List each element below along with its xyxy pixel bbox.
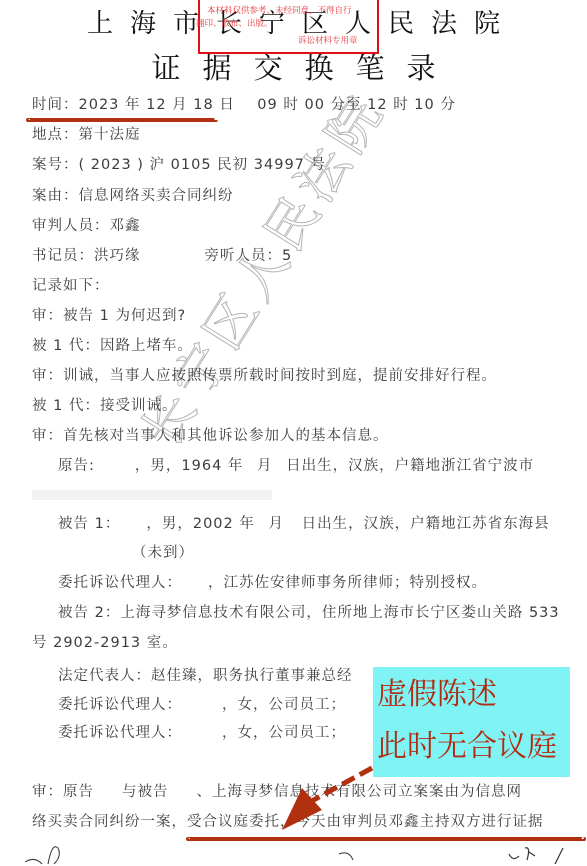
defendant1-text: 日出生，汉族，户籍地江苏省东海县 — [302, 516, 550, 532]
record-line: 审：被告 1 为何迟到? — [32, 306, 186, 326]
annotation-line2: 此时无合议庭 — [377, 729, 557, 765]
absent-note: （未到） — [132, 545, 194, 561]
defendant1-label: 被告 1： — [58, 516, 120, 532]
document-title: 证据交换笔录 — [0, 48, 587, 88]
redacted-name — [95, 456, 135, 476]
annotation-arrow-icon — [250, 760, 380, 840]
defendant1-text: ，男，2002 年 — [146, 516, 260, 532]
defendant2-line: 被告 2：上海寻梦信息技术有限公司，住所地上海市长宁区娄山关路 533 — [58, 603, 560, 623]
record-line: 被 1 代：接受训诫。 — [32, 396, 177, 416]
signature-right-icon — [505, 842, 575, 866]
clerk: 书记员：洪巧缘 — [32, 248, 141, 264]
record-heading: 记录如下： — [32, 276, 110, 296]
defendant1-cont: （未到） — [32, 543, 194, 563]
cause-line: 案由：信息网络买卖合同纠纷 — [32, 186, 234, 206]
time-range: 09 时 00 分至 12 时 10 分 — [257, 97, 456, 113]
redacted-month — [249, 456, 257, 476]
plaintiff-label: 原告: — [58, 458, 95, 474]
plaintiff-text: 月 — [257, 458, 278, 474]
plaintiff-text: 日出生，汉族，户籍地浙江省宁波市 — [286, 458, 534, 474]
time-label: 时间： — [32, 97, 79, 113]
judge-statement-text: 审：原告 — [32, 784, 94, 800]
annotation-line1: 虚假陈述 — [377, 677, 497, 713]
plaintiff-text: ，男，1964 年 — [135, 458, 249, 474]
redacted-day — [290, 514, 302, 534]
usage-stamp: 本材料仅供参考，未经同意，不得自行 翻印、散布、出版。 诉讼材料专用章 — [198, 0, 379, 54]
audience: 旁听人员：5 — [205, 248, 293, 264]
judge-statement-text: 与被告 — [122, 784, 169, 800]
location-line: 地点：第十法庭 — [32, 125, 141, 145]
redacted-name — [182, 695, 222, 715]
agent-text: ，女，公司员工； — [222, 697, 346, 713]
signature-left-icon — [20, 842, 70, 866]
record-line: 审：训诫，当事人应按照传票所载时间按时到庭，提前安排好行程。 — [32, 366, 497, 386]
legal-rep-line: 法定代表人：赵佳臻，职务执行董事兼总经 — [58, 666, 353, 686]
agent3-line: 委托诉讼代理人： ，女，公司员工； — [58, 723, 346, 743]
judge-line: 审判人员：邓鑫 — [32, 216, 141, 236]
agent-label: 委托诉讼代理人： — [58, 725, 182, 741]
stamp-notice-line2: 翻印、散布、出版。 — [196, 19, 273, 29]
agent-label: 委托诉讼代理人： — [58, 575, 182, 591]
redacted-address — [32, 543, 132, 563]
redacted-day — [278, 456, 286, 476]
agent-text: ，江苏佐安律师事务所律师；特别授权。 — [208, 575, 487, 591]
defendant2-cont: 号 2902-2913 室。 — [32, 633, 178, 653]
time-line: 时间：2023 年 12 月 18 日 09 时 00 分至 12 时 10 分 — [32, 95, 456, 115]
redacted-name — [169, 782, 197, 802]
document-page: 上海市长宁区人民法院 证据交换笔录 本材料仅供参考，未经同意，不得自行 翻印、散… — [0, 0, 587, 866]
record-line: 被 1 代：因路上堵车。 — [32, 336, 193, 356]
date-highlight-underline — [26, 118, 218, 122]
redacted-name — [94, 782, 122, 802]
plaintiff-line: 原告: ，男，1964 年 月 日出生，汉族，户籍地浙江省宁波市 — [58, 456, 534, 476]
redacted-name — [120, 514, 146, 534]
annotation-callout: 虚假陈述 此时无合议庭 — [373, 667, 570, 777]
stamp-notice-line1: 本材料仅供参考，未经同意，不得自行 — [207, 6, 352, 16]
defendant1-line: 被告 1： ，男，2002 年 月 日出生，汉族，户籍地江苏省东海县 — [58, 514, 550, 534]
stamp-label: 诉讼材料专用章 — [298, 36, 358, 46]
clerk-line: 书记员：洪巧缘旁听人员：5 — [32, 246, 292, 266]
case-number-line: 案号：( 2023 ) 沪 0105 民初 34997 号 — [32, 155, 326, 175]
agent-text: ，女，公司员工； — [222, 725, 346, 741]
agent1-line: 委托诉讼代理人： ，江苏佐安律师事务所律师；特别授权。 — [58, 573, 487, 593]
redacted-address — [32, 490, 272, 500]
redacted-name — [182, 723, 222, 743]
defendant1-text: 月 — [268, 516, 289, 532]
agent-label: 委托诉讼代理人： — [58, 697, 182, 713]
highlight-underline — [186, 837, 586, 841]
redacted-name — [182, 573, 208, 593]
signature-middle-icon — [335, 848, 365, 866]
agent2-line: 委托诉讼代理人： ，女，公司员工； — [58, 695, 346, 715]
record-line: 审：首先核对当事人和其他诉讼参加人的基本信息。 — [32, 426, 389, 446]
date-value: 2023 年 12 月 18 日 — [79, 97, 235, 113]
